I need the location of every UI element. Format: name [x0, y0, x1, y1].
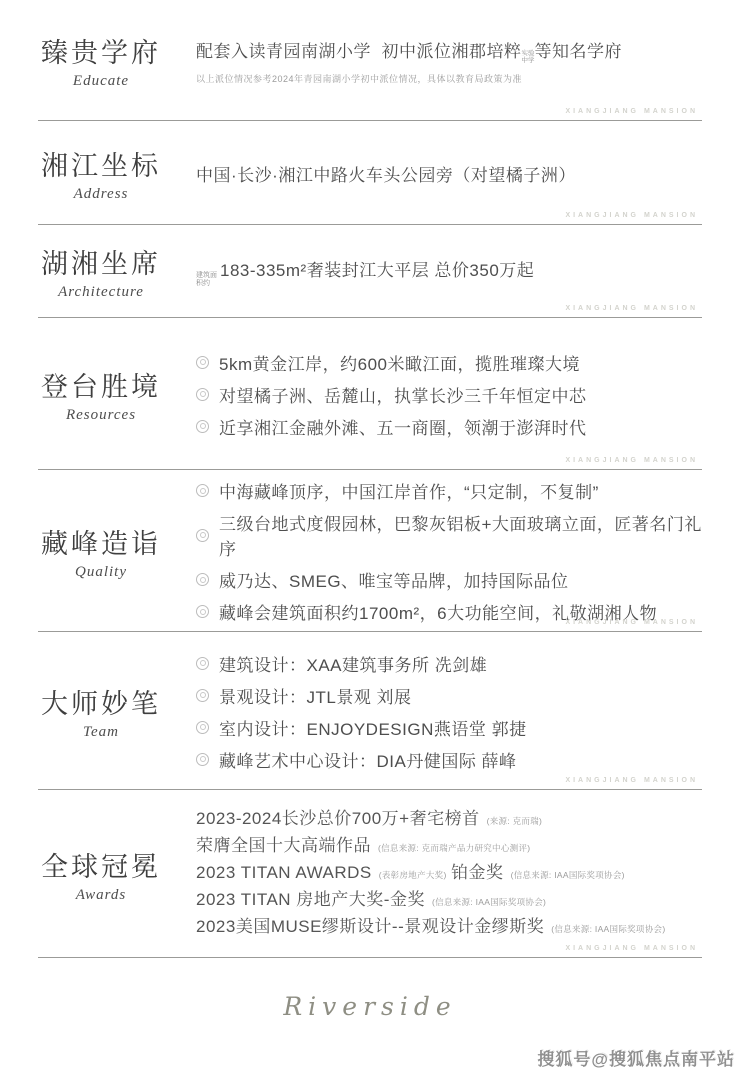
- educate-line-tail: 等知名学府: [534, 42, 622, 61]
- section-awards: 全球冠冕 Awards 2023-2024长沙总价700万+奢宅榜首(来源: 克…: [0, 790, 740, 958]
- area-prefix: 建筑面积约: [196, 272, 217, 287]
- educate-disclaimer: 以上派位情况参考2024年青园南湖小学初中派位情况，具体以教育局政策为准: [196, 72, 712, 85]
- section-address: 湘江坐标 Address 中国·长沙·湘江中路火车头公园旁（对望橘子洲） XIA…: [0, 121, 740, 225]
- ring-bullet-icon: [196, 388, 209, 401]
- award-item: 荣膺全国十大高端作品(信息来源: 克而瑞产品力研究中心测评): [196, 836, 712, 858]
- brand-watermark: XIANGJIANG MANSION: [565, 457, 698, 464]
- section-subtitle: Quality: [6, 564, 196, 581]
- award-item: 2023 TITAN 房地产大奖-金奖(信息来源: IAA国际奖项协会): [196, 890, 712, 912]
- section-title: 藏峰造诣: [6, 522, 196, 561]
- section-heading-block: 登台胜境 Resources: [0, 365, 196, 424]
- section-subtitle: Address: [6, 186, 196, 203]
- ring-bullet-icon: [196, 484, 209, 497]
- award-item: 2023-2024长沙总价700万+奢宅榜首(来源: 克而瑞): [196, 809, 712, 831]
- team-item: 建筑设计：XAA建筑事务所 冼剑雄: [196, 651, 712, 676]
- quality-item: 威乃达、SMEG、唯宝等品牌，加持国际品位: [196, 567, 712, 592]
- section-resources: 登台胜境 Resources 5km黄金江岸，约600米瞰江面，揽胜璀璨大境 对…: [0, 318, 740, 470]
- award-item: 2023美国MUSE缪斯设计--景观设计金缪斯奖(信息来源: IAA国际奖项协会…: [196, 917, 712, 939]
- award-item: 2023 TITAN AWARDS(表彰房地产大奖) 铂金奖(信息来源: IAA…: [196, 863, 712, 885]
- award-source-note: (来源: 克而瑞): [487, 816, 543, 826]
- section-subtitle: Educate: [6, 73, 196, 90]
- team-item: 藏峰艺术中心设计：DIA丹健国际 薛峰: [196, 747, 712, 772]
- educate-line: 配套入读青园南湖小学 初中派位湘郡培粹实验中学等知名学府: [196, 37, 712, 64]
- section-heading-block: 全球冠冕 Awards: [0, 845, 196, 904]
- section-subtitle: Team: [6, 724, 196, 741]
- section-title: 湖湘坐席: [6, 242, 196, 281]
- section-subtitle: Architecture: [6, 284, 196, 301]
- educate-line-superscript: 实验中学: [521, 50, 534, 64]
- section-subtitle: Awards: [6, 887, 196, 904]
- award-source-note: (信息来源: IAA国际奖项协会): [432, 897, 546, 907]
- brand-watermark: XIANGJIANG MANSION: [565, 619, 698, 626]
- sohu-watermark: 搜狐号@搜狐焦点南平站: [537, 1045, 735, 1070]
- address-line: 中国·长沙·湘江中路火车头公园旁（对望橘子洲）: [196, 161, 712, 186]
- section-title: 臻贵学府: [6, 31, 196, 70]
- section-title: 全球冠冕: [6, 845, 196, 884]
- section-heading-block: 大师妙笔 Team: [0, 682, 196, 741]
- section-subtitle: Resources: [6, 407, 196, 424]
- ring-bullet-icon: [196, 753, 209, 766]
- award-source-note: (信息来源: IAA国际奖项协会): [551, 924, 665, 934]
- ring-bullet-icon: [196, 657, 209, 670]
- quality-item: 中海藏峰顶序，中国江岸首作，“只定制，不复制”: [196, 478, 712, 503]
- section-title: 登台胜境: [6, 365, 196, 404]
- educate-line-text: 配套入读青园南湖小学 初中派位湘郡培粹: [196, 42, 521, 61]
- ring-bullet-icon: [196, 689, 209, 702]
- resources-item: 5km黄金江岸，约600米瞰江面，揽胜璀璨大境: [196, 350, 712, 375]
- ring-bullet-icon: [196, 605, 209, 618]
- ring-bullet-icon: [196, 356, 209, 369]
- section-team: 大师妙笔 Team 建筑设计：XAA建筑事务所 冼剑雄 景观设计：JTL景观 刘…: [0, 632, 740, 790]
- section-heading-block: 臻贵学府 Educate: [0, 31, 196, 90]
- ring-bullet-icon: [196, 721, 209, 734]
- section-architecture: 湖湘坐席 Architecture 建筑面积约183-335m²奢装封江大平层 …: [0, 225, 740, 318]
- riverside-script-logo: Riverside: [0, 958, 740, 1021]
- footer: Riverside 搜狐号@搜狐焦点南平站: [0, 958, 740, 1075]
- brand-watermark: XIANGJIANG MANSION: [565, 108, 698, 115]
- ring-bullet-icon: [196, 420, 209, 433]
- award-category-note: (表彰房地产大奖): [379, 870, 447, 880]
- brand-watermark: XIANGJIANG MANSION: [565, 777, 698, 784]
- quality-item: 三级台地式度假园林，巴黎灰铝板+大面玻璃立面，匠著名门礼序: [196, 510, 712, 560]
- section-heading-block: 湘江坐标 Address: [0, 144, 196, 203]
- award-source-note: (信息来源: 克而瑞产品力研究中心测评): [378, 843, 530, 853]
- section-title: 湘江坐标: [6, 144, 196, 183]
- ring-bullet-icon: [196, 529, 209, 542]
- brand-watermark: XIANGJIANG MANSION: [565, 212, 698, 219]
- resources-item: 对望橘子洲、岳麓山，执掌长沙三千年恒定中芯: [196, 382, 712, 407]
- section-quality: 藏峰造诣 Quality 中海藏峰顶序，中国江岸首作，“只定制，不复制” 三级台…: [0, 470, 740, 632]
- section-heading-block: 湖湘坐席 Architecture: [0, 242, 196, 301]
- resources-item: 近享湘江金融外滩、五一商圈，领潮于澎湃时代: [196, 414, 712, 439]
- award-source-note: (信息来源: IAA国际奖项协会): [511, 870, 625, 880]
- ring-bullet-icon: [196, 573, 209, 586]
- architecture-line: 建筑面积约183-335m²奢装封江大平层 总价350万起: [196, 256, 712, 287]
- section-title: 大师妙笔: [6, 682, 196, 721]
- team-item: 室内设计：ENJOYDESIGN燕语堂 郭捷: [196, 715, 712, 740]
- section-educate: 臻贵学府 Educate 配套入读青园南湖小学 初中派位湘郡培粹实验中学等知名学…: [0, 0, 740, 121]
- architecture-line-text: 183-335m²奢装封江大平层 总价350万起: [220, 261, 534, 280]
- section-heading-block: 藏峰造诣 Quality: [0, 522, 196, 581]
- brand-watermark: XIANGJIANG MANSION: [565, 305, 698, 312]
- brand-watermark: XIANGJIANG MANSION: [565, 945, 698, 952]
- team-item: 景观设计：JTL景观 刘展: [196, 683, 712, 708]
